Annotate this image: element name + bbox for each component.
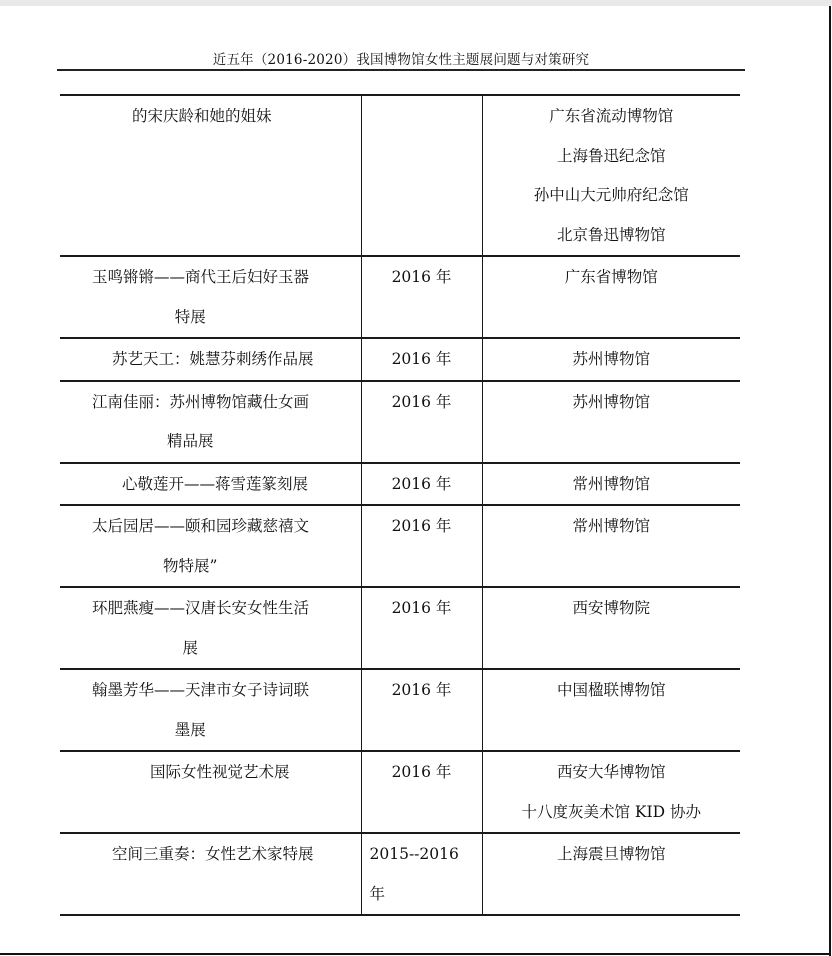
venue-cell: 苏州博物馆 — [482, 381, 740, 463]
viewer-top-band — [0, 0, 832, 6]
table-row: 玉鸣锵锵——商代王后妇好玉器 特展 2016 年 广东省博物馆 — [60, 256, 740, 338]
year-cell: 2015--2016 年 — [361, 833, 482, 915]
exhibition-title-cell: 心敬莲开——蒋雪莲篆刻展 — [60, 463, 361, 506]
exhibition-title: 国际女性视觉艺术展 — [60, 753, 361, 793]
venue-name: 西安大华博物馆 — [483, 753, 741, 793]
venue-name: 孙中山大元帅府纪念馆 — [483, 176, 741, 216]
table-row: 国际女性视觉艺术展 2016 年 西安大华博物馆 十八度灰美术馆 KID 协办 — [60, 751, 740, 833]
venue-name: 上海鲁迅纪念馆 — [483, 137, 741, 177]
venue-cell: 中国楹联博物馆 — [482, 669, 740, 751]
table-row: 苏艺天工：姚慧芬刺绣作品展 2016 年 苏州博物馆 — [60, 338, 740, 381]
exhibition-title-cont: 特展 — [60, 298, 361, 338]
venue-name: 苏州博物馆 — [483, 340, 741, 380]
table-row: 的宋庆龄和她的姐妹 广东省流动博物馆 上海鲁迅纪念馆 孙中山大元帅府纪念馆 北京… — [60, 95, 740, 256]
table-row: 空间三重奏：女性艺术家特展 2015--2016 年 上海震旦博物馆 — [60, 833, 740, 915]
year-cell: 2016 年 — [361, 751, 482, 833]
venue-name: 广东省博物馆 — [483, 258, 741, 298]
venue-name: 西安博物院 — [483, 589, 741, 629]
table-row: 心敬莲开——蒋雪莲篆刻展 2016 年 常州博物馆 — [60, 463, 740, 506]
exhibition-title-cell: 太后园居——颐和园珍藏慈禧文 物特展” — [60, 505, 361, 587]
exhibition-title-cell: 江南佳丽：苏州博物馆藏仕女画 精品展 — [60, 381, 361, 463]
year-cell: 2016 年 — [361, 669, 482, 751]
venue-cell: 广东省流动博物馆 上海鲁迅纪念馆 孙中山大元帅府纪念馆 北京鲁迅博物馆 — [482, 95, 740, 256]
exhibition-title-cell: 玉鸣锵锵——商代王后妇好玉器 特展 — [60, 256, 361, 338]
exhibition-table: 的宋庆龄和她的姐妹 广东省流动博物馆 上海鲁迅纪念馆 孙中山大元帅府纪念馆 北京… — [60, 94, 740, 916]
exhibition-title: 空间三重奏：女性艺术家特展 — [60, 835, 361, 875]
exhibition-title-cont: 展 — [60, 629, 361, 669]
exhibition-title-cell: 的宋庆龄和她的姐妹 — [60, 95, 361, 256]
year: 2016 年 — [392, 350, 452, 368]
venue-cell: 苏州博物馆 — [482, 338, 740, 381]
venue-name: 中国楹联博物馆 — [483, 671, 741, 711]
year: 2015--2016 — [362, 835, 482, 875]
exhibition-title: 环肥燕瘦——汉唐长安女性生活 — [60, 589, 361, 629]
year: 2016 年 — [392, 393, 452, 411]
exhibition-title-cont: 物特展” — [60, 547, 361, 587]
table-row: 太后园居——颐和园珍藏慈禧文 物特展” 2016 年 常州博物馆 — [60, 505, 740, 587]
year-cell: 2016 年 — [361, 505, 482, 587]
exhibition-title-cell: 苏艺天工：姚慧芬刺绣作品展 — [60, 338, 361, 381]
page-edge-bottom — [0, 953, 831, 955]
table-row: 翰墨芳华——天津市女子诗词联 墨展 2016 年 中国楹联博物馆 — [60, 669, 740, 751]
venue-name: 常州博物馆 — [483, 465, 741, 505]
venue-name: 北京鲁迅博物馆 — [483, 216, 741, 256]
venue-cell: 西安大华博物馆 十八度灰美术馆 KID 协办 — [482, 751, 740, 833]
exhibition-title-cell: 环肥燕瘦——汉唐长安女性生活 展 — [60, 587, 361, 669]
exhibition-title: 江南佳丽：苏州博物馆藏仕女画 — [60, 383, 361, 423]
page-edge-right — [829, 6, 831, 956]
venue-name: 上海震旦博物馆 — [483, 835, 741, 875]
venue-cell: 西安博物院 — [482, 587, 740, 669]
exhibition-title: 苏艺天工：姚慧芬刺绣作品展 — [60, 340, 361, 380]
exhibition-title-cell: 空间三重奏：女性艺术家特展 — [60, 833, 361, 915]
exhibition-title: 翰墨芳华——天津市女子诗词联 — [60, 671, 361, 711]
venue-cell: 常州博物馆 — [482, 463, 740, 506]
year: 2016 年 — [392, 763, 452, 781]
exhibition-title: 玉鸣锵锵——商代王后妇好玉器 — [60, 258, 361, 298]
exhibition-title: 心敬莲开——蒋雪莲篆刻展 — [60, 465, 361, 505]
year-cell: 2016 年 — [361, 256, 482, 338]
venue-name: 苏州博物馆 — [483, 383, 741, 423]
year: 2016 年 — [392, 599, 452, 617]
table-row: 环肥燕瘦——汉唐长安女性生活 展 2016 年 西安博物院 — [60, 587, 740, 669]
running-head: 近五年（2016-2020）我国博物馆女性主题展问题与对策研究 — [57, 48, 745, 68]
venue-cell: 上海震旦博物馆 — [482, 833, 740, 915]
venue-cell: 常州博物馆 — [482, 505, 740, 587]
year-cell: 2016 年 — [361, 587, 482, 669]
table-row: 江南佳丽：苏州博物馆藏仕女画 精品展 2016 年 苏州博物馆 — [60, 381, 740, 463]
year-cell: 2016 年 — [361, 381, 482, 463]
exhibition-title: 的宋庆龄和她的姐妹 — [60, 97, 361, 137]
exhibition-title-cell: 翰墨芳华——天津市女子诗词联 墨展 — [60, 669, 361, 751]
exhibition-title-cell: 国际女性视觉艺术展 — [60, 751, 361, 833]
year: 2016 年 — [392, 517, 452, 535]
venue-name: 广东省流动博物馆 — [483, 97, 741, 137]
exhibition-title: 太后园居——颐和园珍藏慈禧文 — [60, 507, 361, 547]
year: 2016 年 — [392, 681, 452, 699]
exhibition-title-cont: 墨展 — [60, 711, 361, 751]
year: 2016 年 — [392, 268, 452, 286]
venue-name: 十八度灰美术馆 KID 协办 — [483, 793, 741, 833]
venue-cell: 广东省博物馆 — [482, 256, 740, 338]
exhibition-title-cont: 精品展 — [60, 422, 361, 462]
year-cell: 2016 年 — [361, 463, 482, 506]
year-cell — [361, 95, 482, 256]
year: 2016 年 — [392, 475, 452, 493]
header-rule — [57, 69, 745, 71]
year-cell: 2016 年 — [361, 338, 482, 381]
venue-name: 常州博物馆 — [483, 507, 741, 547]
year-cont: 年 — [362, 875, 482, 915]
